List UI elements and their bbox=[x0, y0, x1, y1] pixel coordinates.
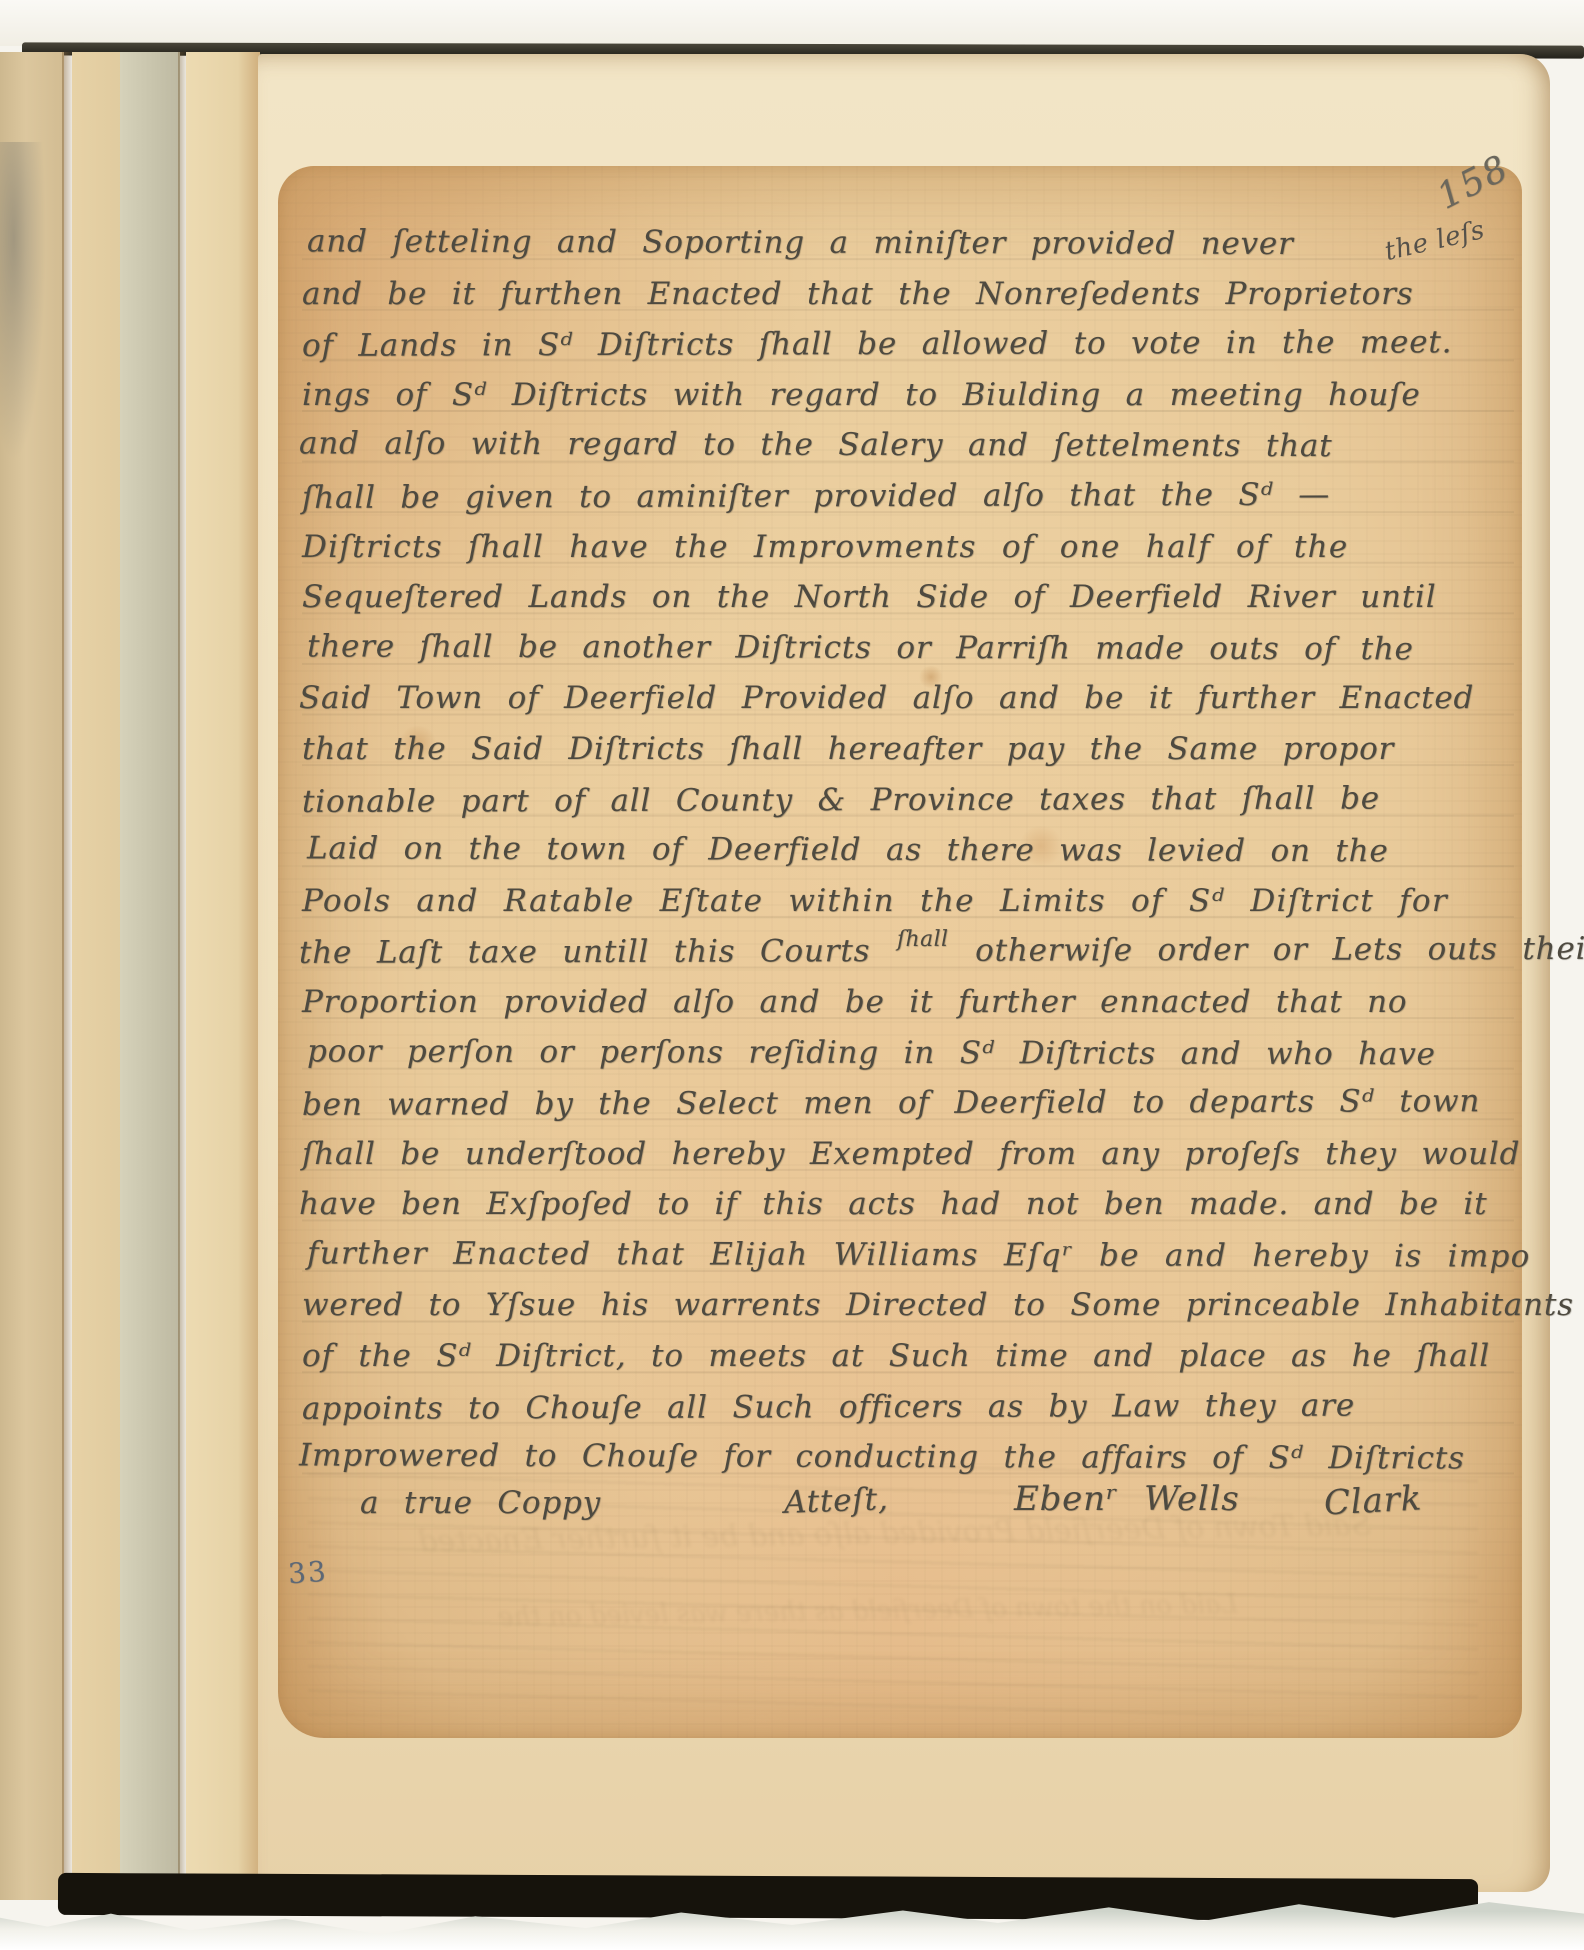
manuscript-line: have ben Exſpoſed to if this acts had no… bbox=[299, 1179, 1514, 1230]
line-text: otherwiſe order or Lets outs their bbox=[975, 931, 1584, 969]
manuscript-line: and alſo with regard to the Salery and ſ… bbox=[299, 419, 1514, 473]
manuscript-line: Sequeſtered Lands on the North Side of D… bbox=[302, 572, 1514, 623]
showthrough-ghost-text: Laid on the town of Deerfield as there w… bbox=[498, 1590, 1238, 1633]
manuscript-line: appoints to Chouſe all Such officers as … bbox=[302, 1380, 1514, 1434]
manuscript-line-with-insertion: the Laſt taxe untill this Courts ſhall o… bbox=[299, 924, 1514, 978]
spine-cloth-band bbox=[0, 52, 64, 1900]
manuscript-line: Laid on the town of Deerfield as there w… bbox=[307, 824, 1514, 878]
manuscript-line: ſhall be given to aminiſter provided alſ… bbox=[302, 469, 1514, 523]
manuscript-line: ings of Sᵈ Diſtricts with regard to Biul… bbox=[302, 370, 1514, 421]
attest-word: Atteſt, bbox=[783, 1474, 889, 1528]
clerk-title: Clark bbox=[1323, 1473, 1423, 1528]
page-edge-stack bbox=[186, 52, 260, 1900]
manuscript-line: wered to Yſsue his warrents Directed to … bbox=[302, 1280, 1514, 1331]
manuscript-line: ſhall be underſtood hereby Exempted from… bbox=[302, 1129, 1514, 1180]
book-scan: Said Town of Deerfield Provided alſo and… bbox=[0, 0, 1584, 1950]
manuscript-line: and ſetteling and Soporting a miniſter p… bbox=[307, 216, 1514, 270]
manuscript-line: that the Said Diſtricts ſhall hereafter … bbox=[302, 724, 1514, 775]
manuscript-line: Proportion provided alſo and be it furth… bbox=[302, 977, 1514, 1028]
manuscript-line: Improwered to Chouſe for conducting the … bbox=[299, 1431, 1514, 1485]
manuscript-line: ben warned by the Select men of Deerfiel… bbox=[302, 1076, 1514, 1130]
manuscript-line: of the Sᵈ Diſtrict, to meets at Such tim… bbox=[302, 1331, 1514, 1382]
page-number-pencil: 33 bbox=[287, 1555, 329, 1591]
page-edge-band bbox=[72, 52, 122, 1900]
inserted-word: ſhall bbox=[897, 930, 949, 950]
gray-guard-band bbox=[120, 52, 180, 1900]
attestation-line: a true Coppy Atteſt, Ebenʳ Wells Clark bbox=[278, 1478, 1522, 1534]
scanner-background-strip-top bbox=[0, 0, 1584, 46]
true-copy-note: a true Coppy bbox=[360, 1478, 601, 1528]
manuscript-text: and ſetteling and Soporting a miniſter p… bbox=[302, 218, 1514, 1483]
manuscript-leaf: Said Town of Deerfield Provided alſo and… bbox=[278, 166, 1522, 1738]
manuscript-line: and be it furthen Enacted that the Nonre… bbox=[302, 269, 1514, 320]
manuscript-line: further Enacted that Elijah Williams Eſq… bbox=[307, 1228, 1514, 1282]
manuscript-line: there ſhall be another Diſtricts or Parr… bbox=[307, 621, 1514, 675]
clerk-signature: Ebenʳ Wells bbox=[1014, 1474, 1240, 1524]
manuscript-line: Diſtricts ſhall have the Improvments of … bbox=[302, 522, 1514, 573]
manuscript-line: Said Town of Deerfield Provided alſo and… bbox=[299, 673, 1514, 724]
manuscript-line: Pools and Ratable Eſtate within the Limi… bbox=[302, 876, 1514, 927]
line-text: the Laſt taxe untill this Courts bbox=[299, 933, 870, 971]
manuscript-line: poor perſon or perſons reſiding in Sᵈ Di… bbox=[307, 1026, 1514, 1080]
manuscript-line: of Lands in Sᵈ Diſtricts ſhall be allowe… bbox=[302, 317, 1514, 371]
manuscript-line: tionable part of all County & Province t… bbox=[302, 773, 1514, 827]
